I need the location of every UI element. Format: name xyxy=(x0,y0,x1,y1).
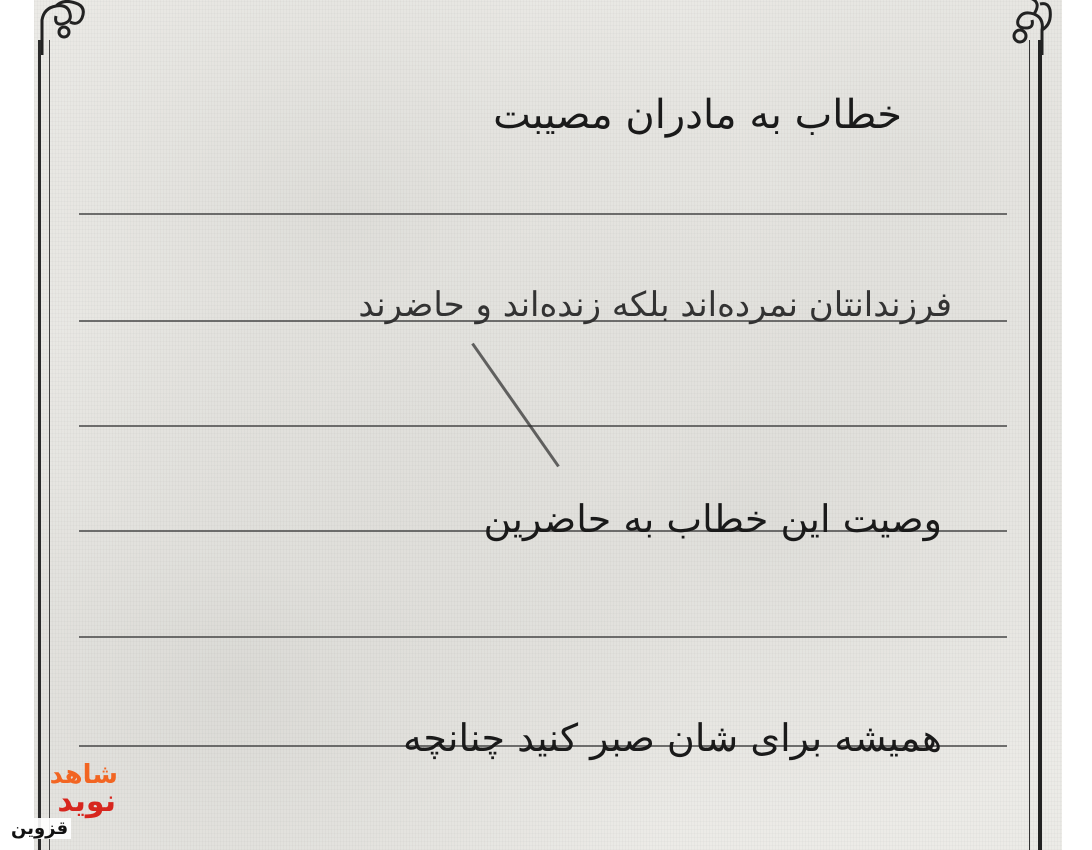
page-border-right xyxy=(1029,40,1042,850)
handwritten-line: فرزندانتان نمرده‌اند بلکه زنده‌اند و حاض… xyxy=(358,285,952,325)
ornament-corner-right-icon xyxy=(992,0,1062,55)
logo-text-bottom: نوید xyxy=(57,784,116,819)
logo-city-label: قزوین xyxy=(8,818,71,839)
ruled-line xyxy=(79,425,1007,427)
page-border-left xyxy=(38,40,50,850)
scanned-page: خطاب به مادران مصیبت فرزندانتان نمرده‌ان… xyxy=(34,0,1062,850)
handwritten-title: خطاب به مادران مصیبت xyxy=(493,92,902,138)
navid-shahed-logo: شاهد نوید قزوین xyxy=(8,760,118,845)
handwritten-line: همیشه برای شان صبر کنید چنانچه xyxy=(403,716,942,760)
ruled-line xyxy=(79,636,1007,638)
pen-stroke xyxy=(471,343,559,468)
handwritten-line: وصیت این خطاب به حاضرین xyxy=(483,497,942,541)
ruled-line xyxy=(79,213,1007,215)
